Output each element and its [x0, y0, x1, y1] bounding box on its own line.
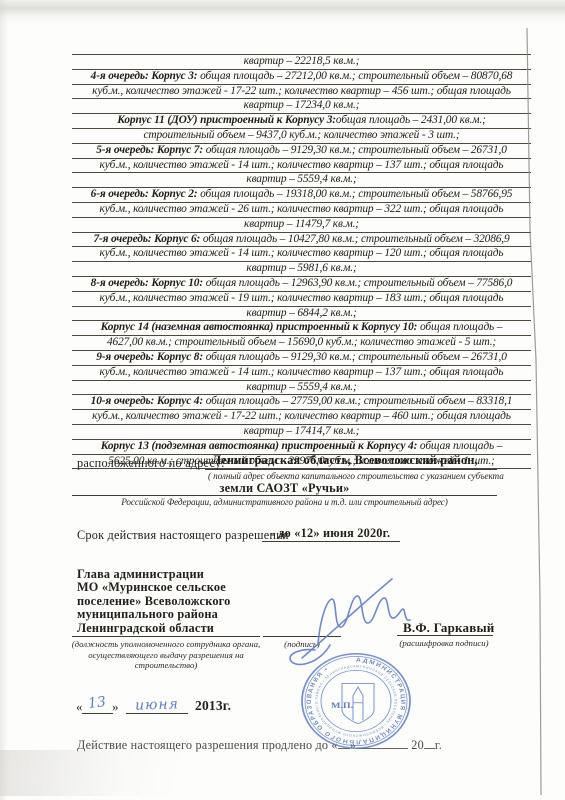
- address-underline-1: [205, 469, 497, 470]
- prolongation-text-3: 20: [411, 738, 424, 752]
- table-row: квартир – 6844,2 кв.м.;: [72, 307, 531, 322]
- address-underline-2: [72, 495, 497, 496]
- position-underline: [72, 636, 260, 637]
- table-row: куб.м., количество этажей - 26 шт.; коли…: [72, 203, 531, 218]
- table-row: куб.м., количество этажей - 14 шт.; коли…: [72, 247, 531, 262]
- table-row: Корпус 11 (ДОУ) пристроенный к Корпусу 3…: [72, 114, 531, 129]
- date-close-quote: »: [112, 699, 119, 715]
- date-month-underline: [126, 713, 188, 714]
- position-hint: (должность уполномоченного сотрудника ор…: [66, 639, 266, 671]
- prolongation-line: Действие настоящего разрешения продлено …: [77, 737, 442, 753]
- table-row: квартир – 17414,7 кв.м.;: [72, 425, 531, 440]
- scanned-permit-page: квартир – 22218,5 кв.м.;4-я очередь: Кор…: [0, 0, 565, 800]
- svg-text:АДМИНИСТРАЦИЯ МУНИЦИПАЛЬНОГО О: АДМИНИСТРАЦИЯ МУНИЦИПАЛЬНОГО ОБРАЗОВАНИЯ…: [306, 657, 407, 745]
- date-month-handwritten: июня: [126, 696, 189, 714]
- official-position: Глава администрации МО «Муринское сельск…: [77, 568, 231, 635]
- table-row: квартир – 11479,7 кв.м.;: [72, 218, 531, 233]
- stamp-mp-label: М.П.: [331, 701, 353, 710]
- scan-bottom-smudge: [0, 750, 210, 796]
- table-row: 8-я очередь: Корпус 10: общая площадь – …: [72, 277, 531, 292]
- table-row: куб.м., количество этажей - 14 шт.; коли…: [72, 366, 531, 381]
- scan-top-shadow: [0, 0, 565, 26]
- name-hint: (расшифровка подписи): [390, 638, 498, 649]
- table-row: куб.м., количество этажей - 17-22 шт.; к…: [72, 410, 531, 425]
- table-row: квартир – 17234,0 кв.м.;: [72, 99, 531, 114]
- prolongation-text-1: Действие настоящего разрешения продлено …: [77, 738, 338, 752]
- scan-left-shadow: [0, 0, 8, 800]
- permit-table: квартир – 22218,5 кв.м.;4-я очередь: Кор…: [72, 54, 531, 469]
- table-row: 4627,00 кв.м.; строительный объем – 1569…: [72, 336, 531, 351]
- table-row: 4-я очередь: Корпус 3: общая площадь – 2…: [72, 70, 531, 85]
- stamp-outer-text: АДМИНИСТРАЦИЯ МУНИЦИПАЛЬНОГО ОБРАЗОВАНИЯ…: [306, 657, 407, 745]
- table-row: куб.м., количество этажей - 14 шт.; коли…: [72, 159, 531, 174]
- stamp-inner-text: МУРИНСКОЕ СЕЛЬСКОЕ ПОСЕЛЕНИЕ • ВСЕВОЛОЖС…: [300, 652, 398, 737]
- date-day-handwritten: 13: [79, 693, 115, 713]
- validity-value: - до «12» июня 2020г.: [262, 526, 399, 541]
- table-row: 7-я очередь: Корпус 6: общая площадь – 1…: [72, 233, 531, 248]
- table-row: квартир – 5981,6 кв.м.;: [72, 262, 531, 277]
- table-row: 5-я очередь: Корпус 7: общая площадь – 9…: [72, 144, 531, 159]
- table-row: квартир – 22218,5 кв.м.;: [72, 54, 531, 70]
- table-row: 6-я очередь: Корпус 2: общая площадь – 1…: [72, 188, 531, 203]
- date-year: 2013г.: [195, 698, 231, 714]
- table-row: строительный объем – 9437,0 куб.м.; коли…: [72, 129, 531, 144]
- address-line2: земли САОЗТ «Ручьи»: [72, 481, 497, 496]
- name-underline: [397, 635, 493, 636]
- validity-label: Срок действия настоящего разрешения: [77, 528, 289, 543]
- stamp-emblem: [342, 684, 374, 724]
- table-row: квартир – 5559,4 кв.м.;: [72, 173, 531, 188]
- table-row: 10-я очередь: Корпус 4: общая площадь – …: [72, 395, 531, 410]
- prolongation-blank-2: [356, 737, 408, 749]
- stamp: АДМИНИСТРАЦИЯ МУНИЦИПАЛЬНОГО ОБРАЗОВАНИЯ…: [300, 652, 412, 750]
- signature-underline: [263, 636, 341, 637]
- table-row: 9-я очередь: Корпус 8: общая площадь – 9…: [72, 351, 531, 366]
- address-label: расположенного по адресу:: [77, 456, 225, 471]
- official-name: В.Ф. Гаркавый: [403, 620, 495, 636]
- validity-underline: [262, 541, 400, 542]
- address-hint-2: Российской Федерации, административного …: [72, 497, 497, 507]
- table-row: квартир – 5559,4 кв.м.;: [72, 381, 531, 396]
- address-line1: Ленинградская область, Всеволожский райо…: [212, 453, 478, 468]
- address-hint-1: ( полный адрес объекта капитального стро…: [208, 471, 500, 481]
- signature-hint: (подпись): [263, 639, 341, 650]
- svg-text:МУРИНСКОЕ СЕЛЬСКОЕ ПОСЕЛЕНИЕ •: МУРИНСКОЕ СЕЛЬСКОЕ ПОСЕЛЕНИЕ • ВСЕВОЛОЖС…: [300, 652, 398, 737]
- prolongation-blank-1: [338, 737, 350, 749]
- prolongation-text-4: г.: [435, 738, 442, 752]
- prolongation-blank-3: [424, 737, 435, 749]
- table-row: Корпус 14 (наземная автостоянка) пристро…: [72, 321, 531, 336]
- date-day-underline: [82, 713, 113, 714]
- table-row: куб.м., количество этажей - 17-22 шт.; к…: [72, 85, 531, 100]
- table-row: куб.м., количество этажей - 19 шт.; коли…: [72, 292, 531, 307]
